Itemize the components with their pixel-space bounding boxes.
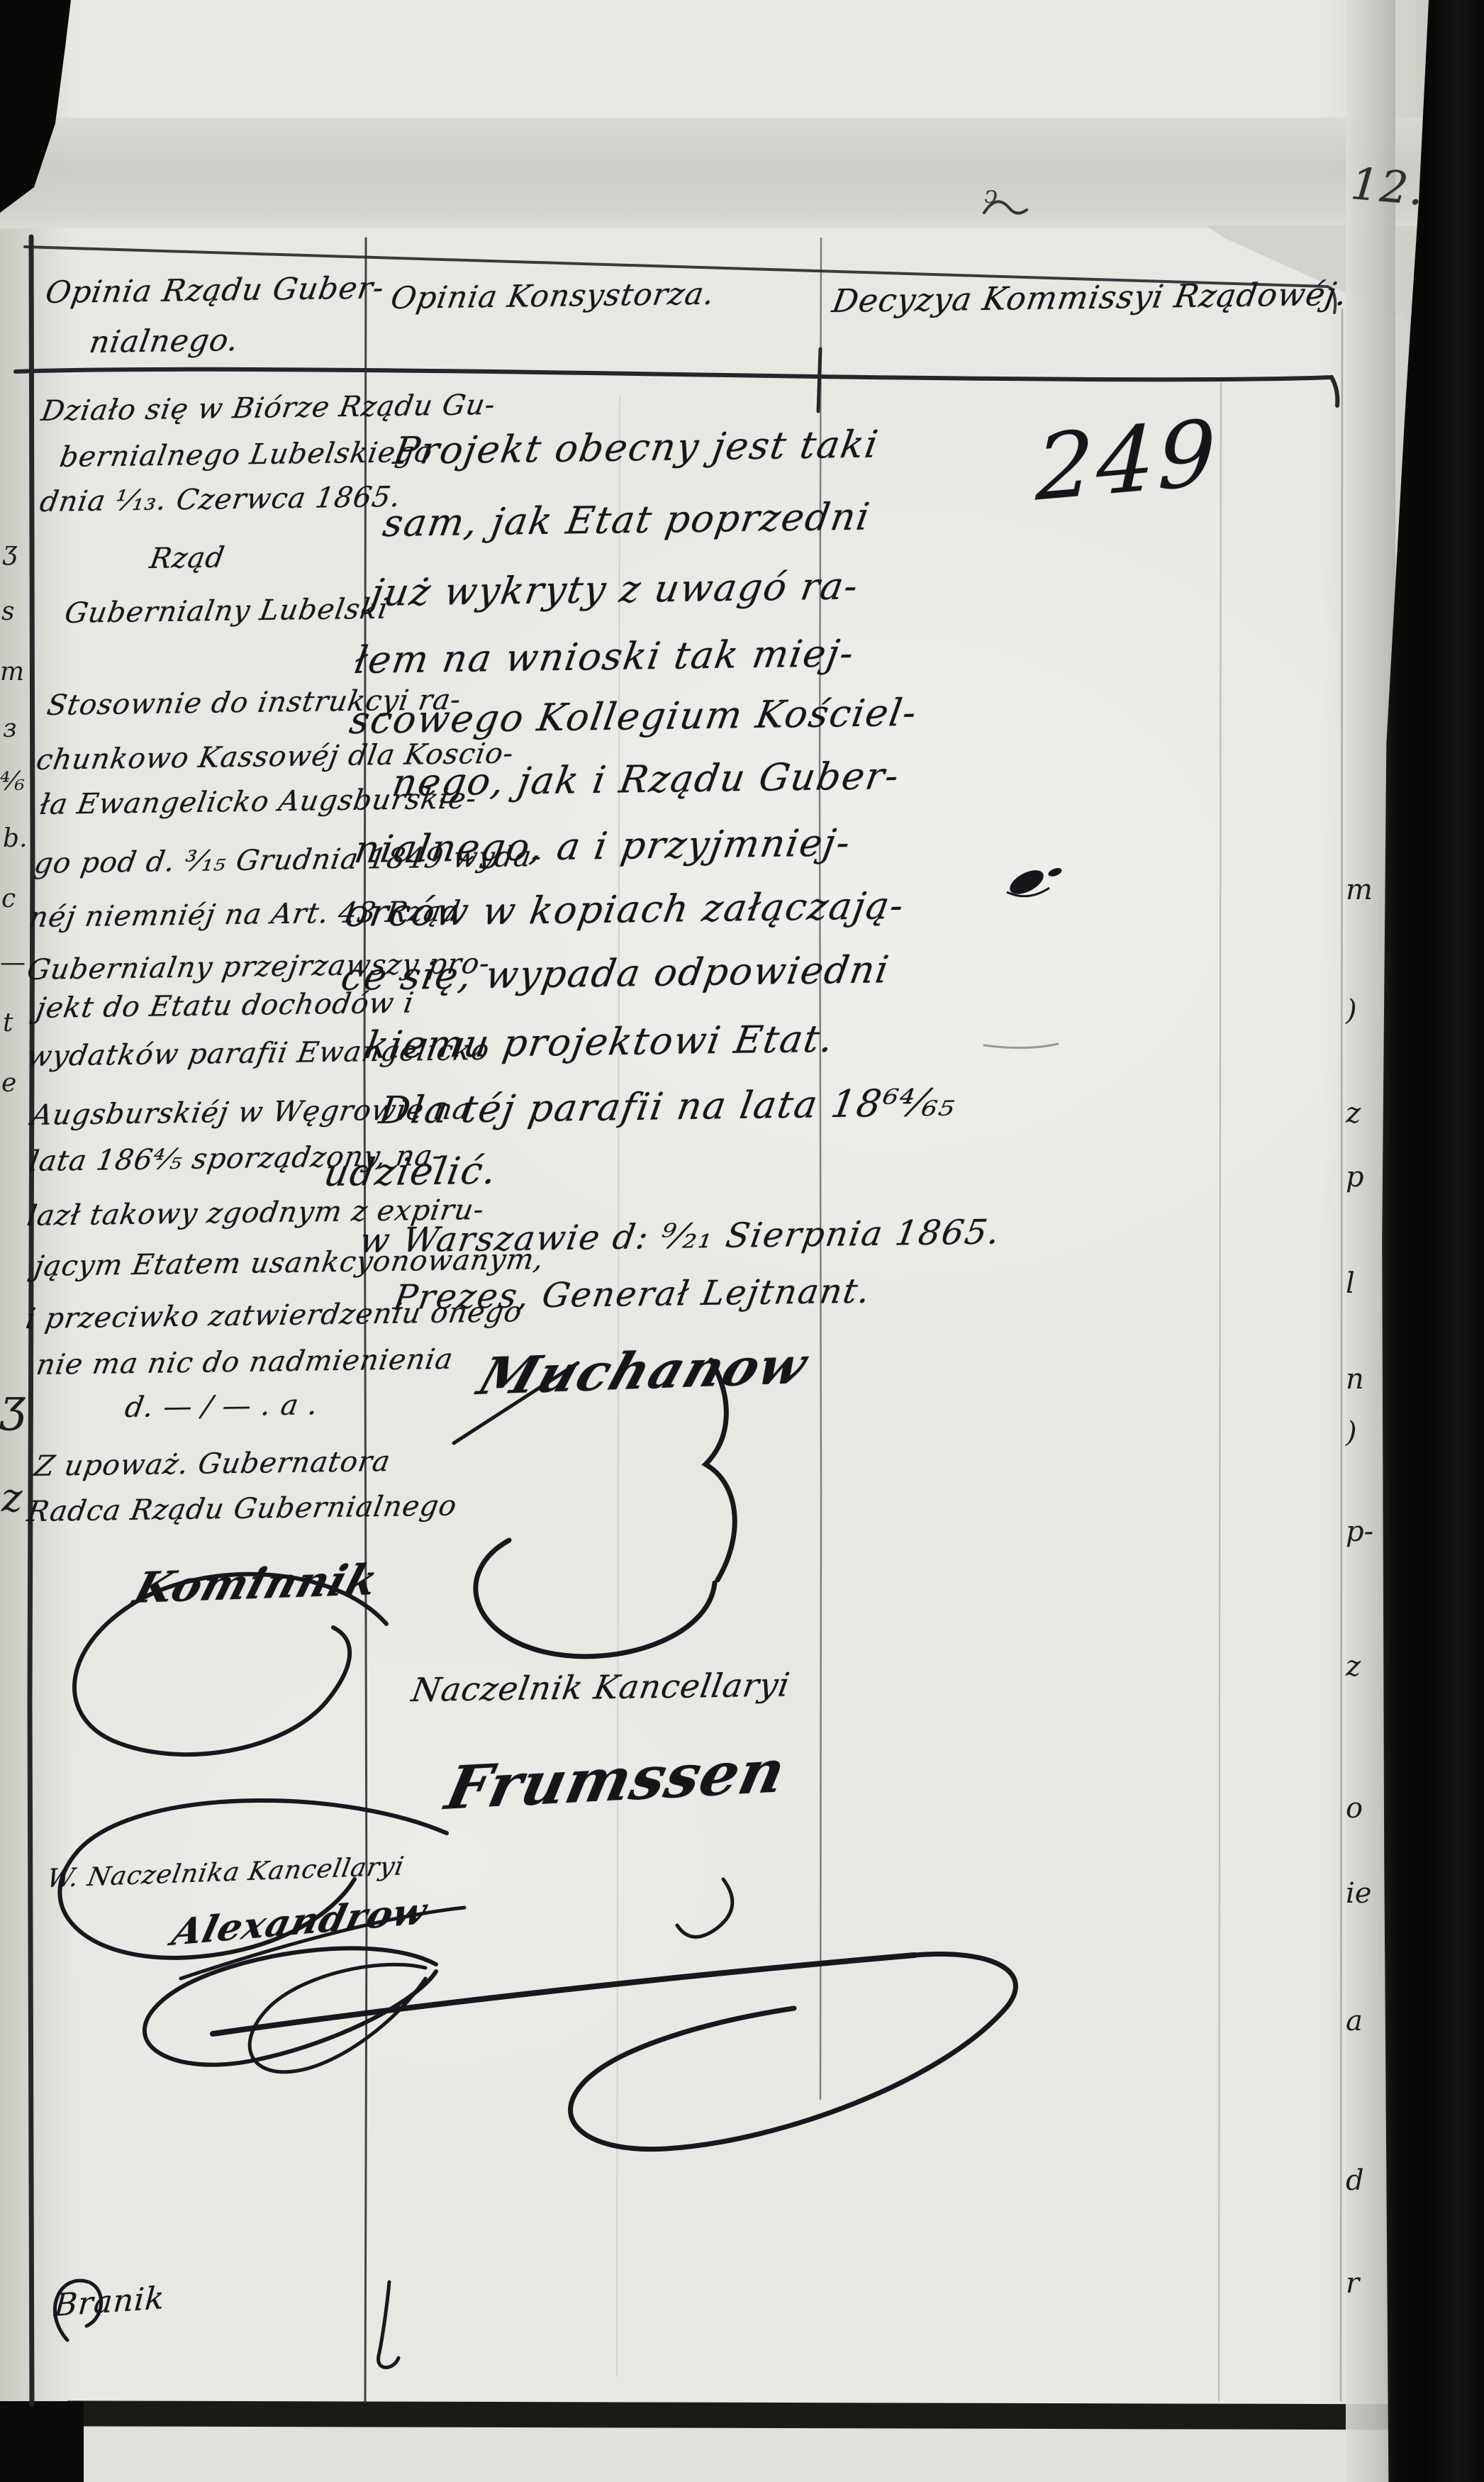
left-margin-fragment: t [3, 1011, 13, 1036]
handwritten-line: kiemu projektowi Etat. [362, 1020, 837, 1064]
handwritten-line: nialnego, a i przyjmniej- [352, 824, 854, 869]
signed-by-order-line: Z upoważ. Gubernatora [33, 1447, 393, 1481]
header-col2: Opinia Konsystorza. [389, 279, 717, 314]
left-margin-fragment: ⁴⁄₆ [0, 769, 25, 795]
left-margin-fragment: ʒ [0, 1383, 26, 1428]
right-margin-fragment: p- [1346, 1518, 1373, 1546]
page-top-shadow-band [0, 118, 1484, 228]
left-margin-fragment: — [0, 950, 26, 976]
handwritten-line: orców w kopiach załączają- [342, 887, 907, 933]
clerk-initials: Branik [53, 2283, 166, 2322]
handwritten-line: Dla téj parafii na lata 18⁶⁴⁄₆₅ [376, 1084, 959, 1130]
left-margin-fragment: s [1, 599, 14, 625]
president-title-line: Prezes, Generał Lejtnant. [391, 1274, 874, 1315]
handwritten-line: scowego Kollegium Kościel- [347, 694, 920, 740]
top-margin-fragment: ↄ [984, 183, 998, 207]
scan-bottom-left-black-corner [0, 2401, 84, 2482]
right-margin-fragment: ) [1346, 1418, 1357, 1447]
handwritten-line: Gubernialny Lubelski [63, 595, 391, 628]
header-col1-line2: nialnego. [87, 325, 241, 358]
left-margin-fragment: ʒ [3, 539, 17, 564]
left-margin-fragment: e [1, 1071, 16, 1096]
header-col3: Decyzya Kommissyi Rządowéj. [830, 278, 1350, 317]
chancellery-title: Naczelnik Kancellaryi [410, 1669, 793, 1706]
left-margin-fragment: z [1, 1479, 23, 1518]
right-margin-fragment: a [1346, 2007, 1363, 2035]
act-number: 249 [1035, 408, 1220, 515]
right-margin-fragment: p [1346, 1163, 1364, 1191]
left-margin-fragment: b. [3, 826, 28, 852]
handwritten-line: nego, jak i Rządu Guber- [389, 757, 902, 802]
handwritten-line: Rząd [148, 544, 227, 573]
chancellery-signature: Frumssen [441, 1741, 791, 1818]
president-signature: Muchanow [472, 1340, 814, 1402]
right-margin-fragment: n [1346, 1365, 1364, 1393]
right-margin-fragment: ie [1346, 1879, 1371, 1908]
right-margin-fragment: ) [1346, 996, 1357, 1025]
handwritten-line: już wykryty z uwagó ra- [368, 567, 861, 612]
right-margin-fragment: o [1346, 1794, 1363, 1822]
right-margin-fragment: r [1346, 2269, 1359, 2298]
handwritten-line: nie ma nic do nadmienienia [35, 1345, 456, 1379]
right-margin-fragment: l [1346, 1269, 1355, 1298]
left-margin-fragment: m [0, 660, 24, 685]
handwritten-line: ce się, wypada odpowiedni [338, 951, 892, 996]
radca-signature: Kominnik [130, 1559, 384, 1610]
left-margin-fragment: з [3, 716, 17, 742]
handwritten-line: sam, jak Etat poprzedni [380, 498, 873, 542]
right-margin-fragment: d [1346, 2166, 1364, 2195]
handwritten-line: udzielić. [321, 1152, 500, 1192]
left-margin-fragment: c [1, 886, 16, 912]
handwritten-line: bernialnego Lubelskiego [58, 438, 435, 472]
page-number: 12. [1349, 162, 1427, 212]
handwritten-line: Działo się w Biórze Rządu Gu- [40, 391, 498, 425]
handwritten-line: Projekt obecny jest taki [391, 425, 881, 470]
handwritten-line: łem na wnioski tak miej- [352, 635, 857, 679]
right-margin-fragment: z [1346, 1652, 1361, 1681]
signed-title-line: Radca Rządu Gubernialnego [26, 1492, 459, 1526]
right-margin-fragment: m [1346, 876, 1373, 904]
handwritten-line: d. — ∕ — . a . [123, 1391, 321, 1422]
scanned-archival-document: 12. 249 Opinia Rządu Guber- nialnego. Op… [0, 0, 1484, 2482]
page-bottom-edge [67, 2400, 1484, 2430]
handwritten-line: dnia ¹⁄₁₃. Czerwca 1865. [38, 483, 403, 516]
header-col1-line1: Opinia Rządu Guber- [43, 273, 386, 308]
right-margin-fragment: z [1346, 1099, 1361, 1128]
dateline: w Warszawie d: ⁹⁄₂₁ Sierpnia 1865. [357, 1215, 1003, 1258]
